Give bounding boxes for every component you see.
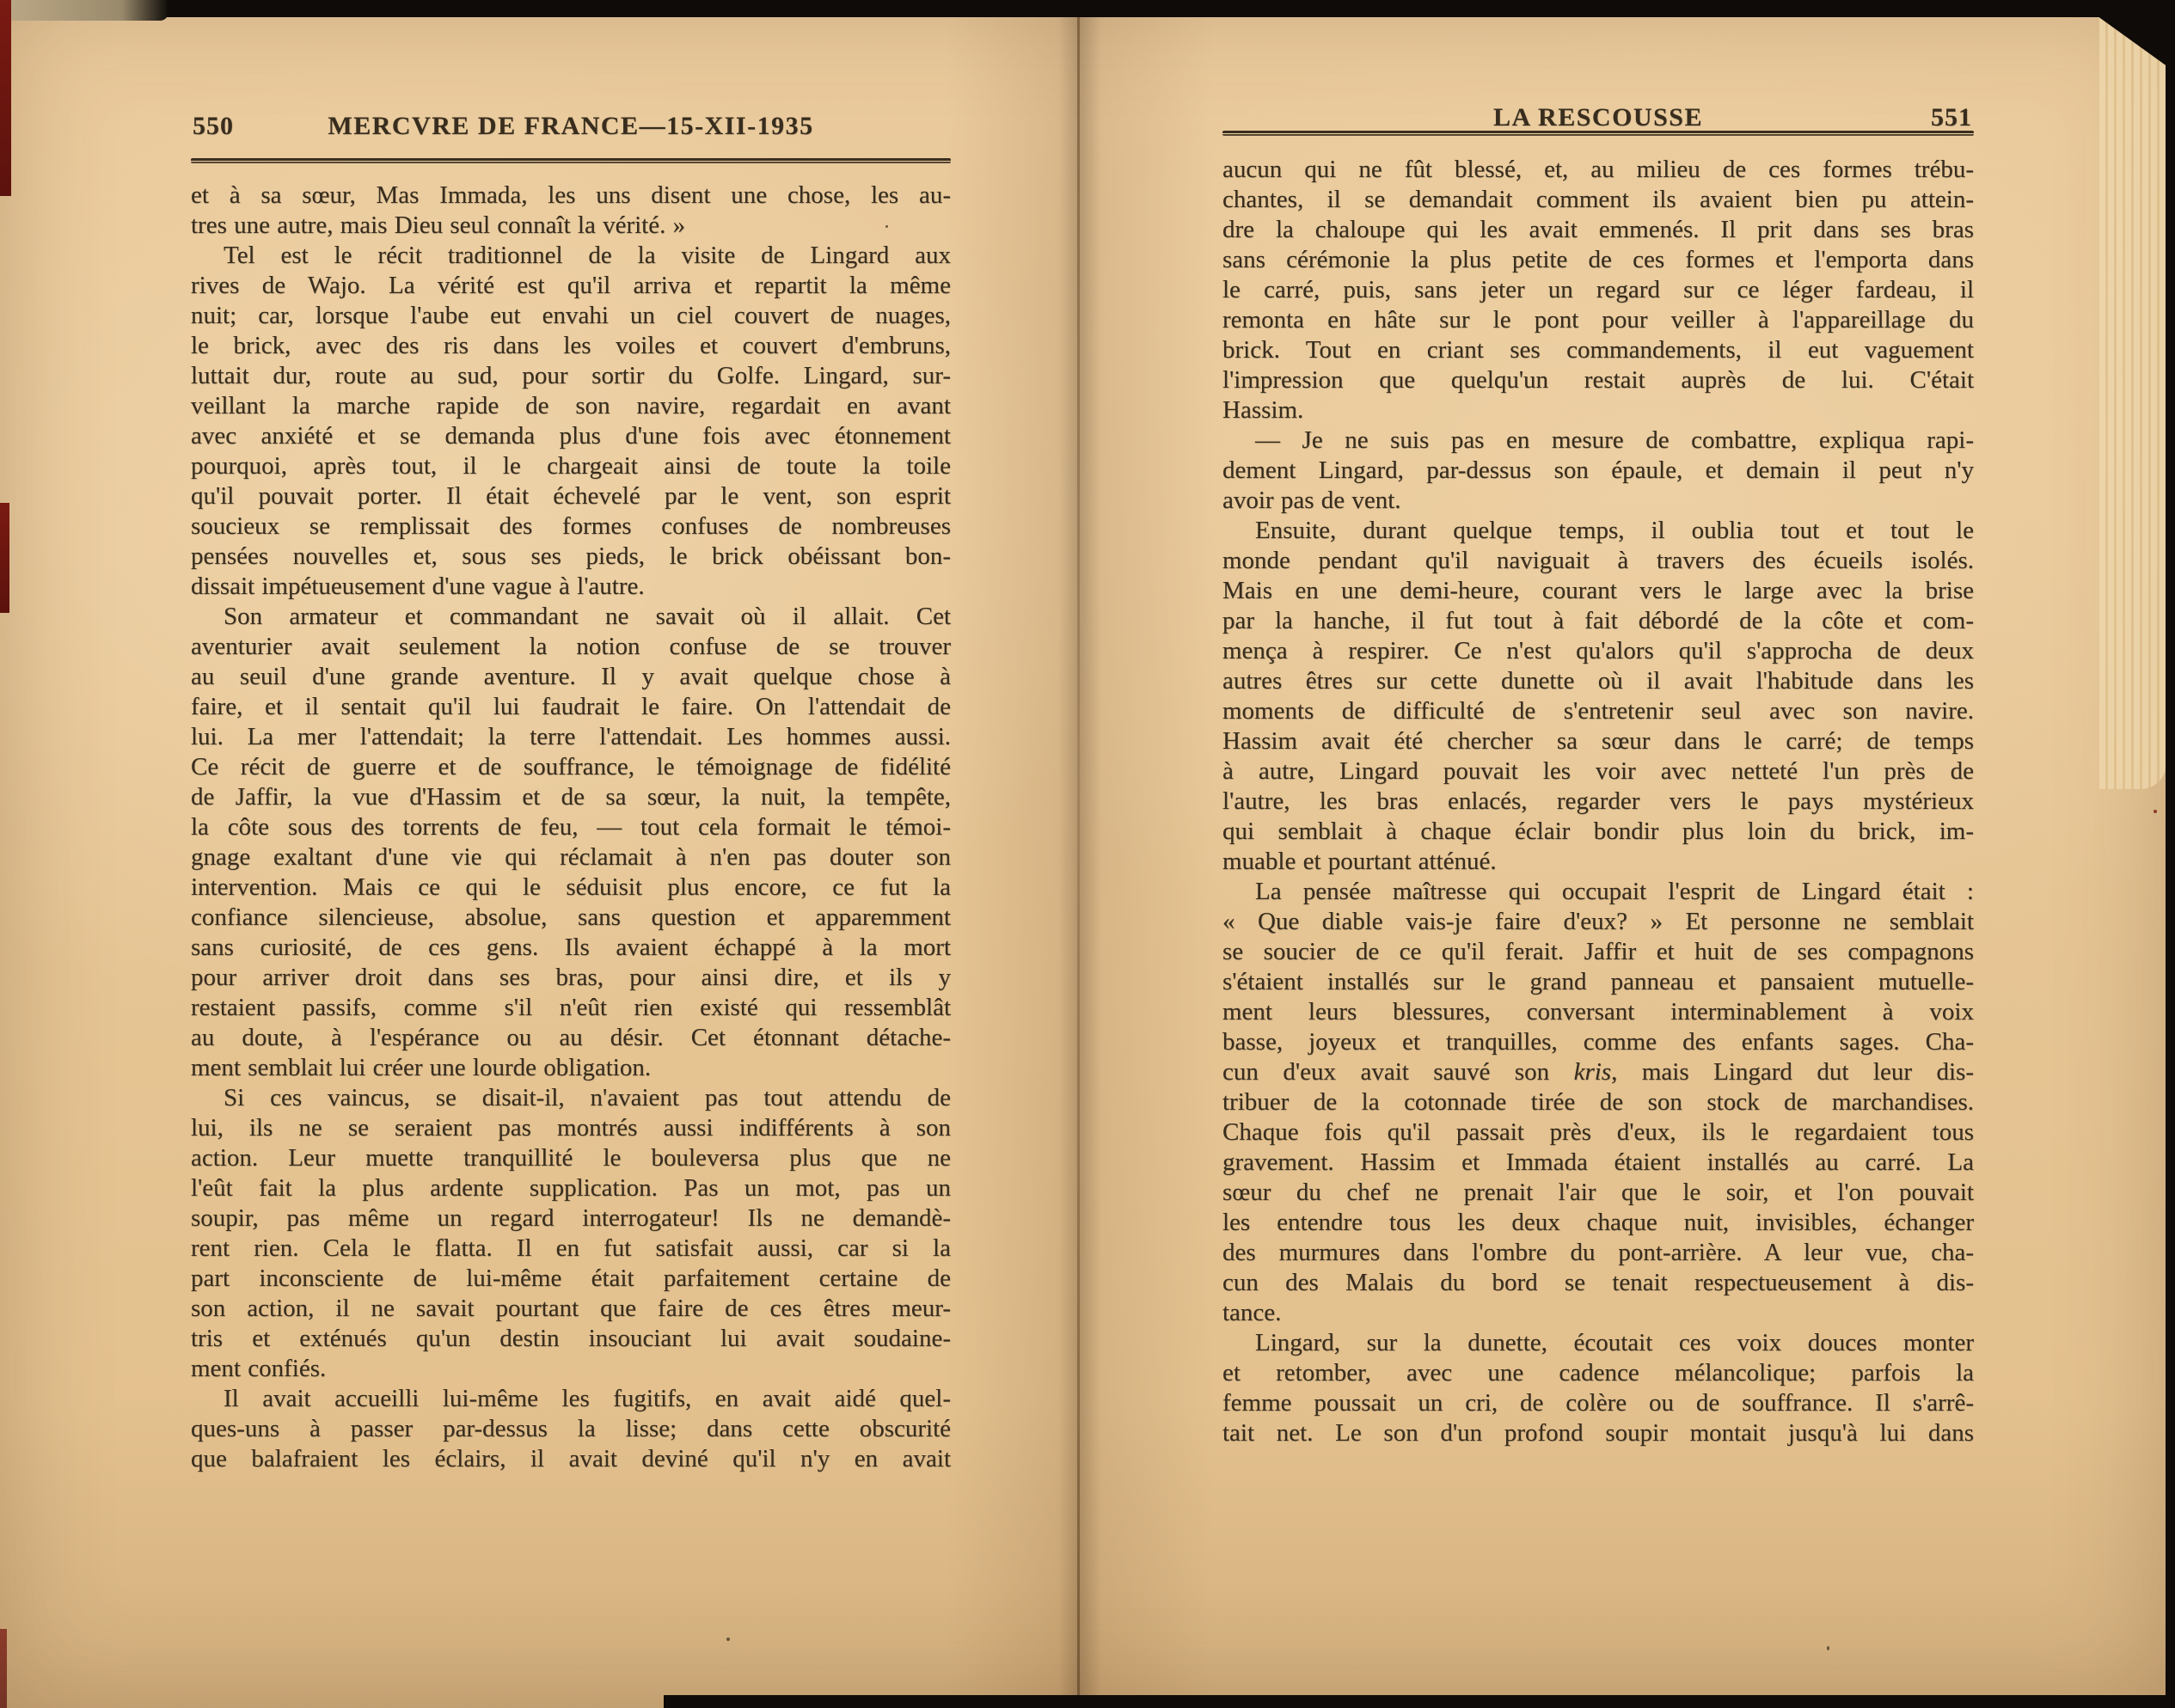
text-line: tris et exténués qu'un destin insouciant…: [191, 1324, 951, 1354]
text-line: autres êtres sur cette dunette où il ava…: [1222, 666, 1974, 696]
text-line: tait net. Le son d'un profond soupir mon…: [1222, 1418, 1974, 1448]
text-line: s'étaient installés sur le grand panneau…: [1222, 967, 1974, 997]
text-line: que balafraient les éclairs, il avait de…: [191, 1444, 951, 1474]
text-line: avoir pas de vent.: [1222, 486, 1974, 516]
text-line: se soucier de ce qu'il ferait. Jaffir et…: [1222, 937, 1974, 967]
text-line: dissait impétueusement d'une vague à l'a…: [191, 572, 951, 602]
left-page-number: 550: [193, 108, 234, 144]
scan-edge-bottom: [664, 1695, 2175, 1708]
text-line: faire, et il sentait qu'il lui faudrait …: [191, 692, 951, 722]
text-line: la côte sous des torrents de feu, — tout…: [191, 812, 951, 842]
text-line: sans cérémonie la plus petite de ces for…: [1222, 245, 1974, 275]
text-line: qu'il pouvait porter. Il était échevelé …: [191, 481, 951, 511]
text-line: Lingard, sur la dunette, écoutait ces vo…: [1222, 1328, 1974, 1358]
torn-paper-corner: [0, 0, 168, 21]
text-line: aucun qui ne fût blessé, et, au milieu d…: [1222, 155, 1974, 185]
text-line: mença à respirer. Ce n'est qu'alors qu'i…: [1222, 636, 1974, 666]
dust-speck: [726, 1638, 730, 1641]
text-line: chantes, il se demandait comment ils ava…: [1222, 185, 1974, 215]
scan-edge-top: [127, 0, 2175, 17]
text-line: Hassim.: [1222, 395, 1974, 425]
text-line: pour arriver droit dans ses bras, pour a…: [191, 963, 951, 993]
text-line: Il avait accueilli lui-même les fugitifs…: [191, 1384, 951, 1414]
text-line: son action, il ne savait pourtant que fa…: [191, 1294, 951, 1324]
dust-speck: [1827, 1646, 1829, 1650]
text-line: Chaque fois qu'il passait près d'eux, il…: [1222, 1117, 1974, 1148]
text-line: Mais en une demi-heure, courant vers le …: [1222, 576, 1974, 606]
text-line: au seuil d'une grande aventure. Il y ava…: [191, 662, 951, 692]
text-line: aventurier avait seulement la notion con…: [191, 632, 951, 662]
text-line: soucieux se remplissait des formes confu…: [191, 511, 951, 542]
text-line: muable et pourtant atténué.: [1222, 847, 1974, 877]
text-line: Tel est le récit traditionnel de la visi…: [191, 241, 951, 271]
text-line: sans curiosité, de ces gens. Ils avaient…: [191, 933, 951, 963]
text-line: le brick, avec des ris dans les voiles e…: [191, 331, 951, 361]
text-line: moments de difficulté de s'entretenir se…: [1222, 696, 1974, 726]
binding-mark-top: [0, 0, 11, 196]
text-line: La pensée maîtresse qui occupait l'espri…: [1222, 877, 1974, 907]
text-line: sœur du chef ne prenait l'air que le soi…: [1222, 1178, 1974, 1208]
text-line: ques-uns à passer par-dessus la lisse; d…: [191, 1414, 951, 1444]
text-line: pourquoi, après tout, il le chargeait ai…: [191, 451, 951, 481]
text-line: Si ces vaincus, se disait-il, n'avaient …: [191, 1083, 951, 1113]
text-line: le carré, puis, sans jeter un regard sur…: [1222, 275, 1974, 305]
binding-mark-bottom: [0, 1629, 7, 1708]
text-line: ment confiés.: [191, 1354, 951, 1384]
text-line: brick. Tout en criant ses commandements,…: [1222, 335, 1974, 365]
text-line: tres une autre, mais Dieu seul connaît l…: [191, 211, 951, 241]
text-line: et à sa sœur, Mas Immada, les uns disent…: [191, 181, 951, 211]
text-line: « Que diable vais-je faire d'eux? » Et p…: [1222, 907, 1974, 937]
left-header-rule: [191, 158, 951, 163]
text-line: confiance silencieuse, absolue, sans que…: [191, 903, 951, 933]
text-line: veillant la marche rapide de son navire,…: [191, 391, 951, 421]
text-line: gnage exaltant d'une vie qui réclamait à…: [191, 842, 951, 872]
left-running-title: MERCVRE DE FRANCE—15-XII-1935: [328, 112, 813, 140]
text-line: Son armateur et commandant ne savait où …: [191, 602, 951, 632]
text-line: femme poussait un cri, de colère ou de s…: [1222, 1388, 1974, 1418]
text-line: gravement. Hassim et Immada étaient inst…: [1222, 1148, 1974, 1178]
text-line: cun des Malais du bord se tenait respect…: [1222, 1268, 1974, 1298]
text-line: qui semblait à chaque éclair bondir plus…: [1222, 817, 1974, 847]
text-line: et retomber, avec une cadence mélancoliq…: [1222, 1358, 1974, 1388]
text-line: l'eût fait la plus ardente supplication.…: [191, 1173, 951, 1203]
text-line: dement Lingard, par-dessus son épaule, e…: [1222, 456, 1974, 486]
dust-speck: [2154, 810, 2157, 813]
text-line: action. Leur muette tranquillité le boul…: [191, 1143, 951, 1173]
text-line: Ce récit de guerre et de souffrance, le …: [191, 752, 951, 782]
scan-edge-right: [2166, 0, 2175, 1708]
text-line: pensées nouvelles et, sous ses pieds, le…: [191, 542, 951, 572]
text-line: — Je ne suis pas en mesure de combattre,…: [1222, 425, 1974, 456]
right-page-text: aucun qui ne fût blessé, et, au milieu d…: [1222, 155, 1974, 1448]
text-line: Ensuite, durant quelque temps, il oublia…: [1222, 516, 1974, 546]
text-line: rent rien. Cela le flatta. Il en fut sat…: [191, 1234, 951, 1264]
text-line: l'autre, les bras enlacés, regarder vers…: [1222, 787, 1974, 817]
text-line: remonta en hâte sur le pont pour veiller…: [1222, 305, 1974, 335]
text-line: lui, ils ne se seraient pas montrés auss…: [191, 1113, 951, 1143]
text-line: à autre, Lingard pouvait les voir avec n…: [1222, 756, 1974, 787]
gutter-fold-line: [1077, 0, 1080, 1708]
right-header-rule: [1222, 131, 1974, 136]
text-line: Hassim avait été chercher sa sœur dans l…: [1222, 726, 1974, 756]
text-line: par la hanche, il fut tout à fait débord…: [1222, 606, 1974, 636]
text-line: part inconsciente de lui-même était parf…: [191, 1264, 951, 1294]
text-line: cun d'eux avait sauvé son kris, mais Lin…: [1222, 1057, 1974, 1087]
binding-mark-middle: [0, 503, 9, 613]
text-line: de Jaffir, la vue d'Hassim et de sa sœur…: [191, 782, 951, 812]
text-line: au doute, à l'espérance ou au désir. Cet…: [191, 1023, 951, 1053]
text-line: dre la chaloupe qui les avait emmenés. I…: [1222, 215, 1974, 245]
text-line: monde pendant qu'il naviguait à travers …: [1222, 546, 1974, 576]
text-line: rives de Wajo. La vérité est qu'il arriv…: [191, 271, 951, 301]
text-line: tance.: [1222, 1298, 1974, 1328]
text-line: ment semblait lui créer une lourde oblig…: [191, 1053, 951, 1083]
text-line: soupir, pas même un regard interrogateur…: [191, 1203, 951, 1234]
text-line: ment leurs blessures, conversant intermi…: [1222, 997, 1974, 1027]
right-running-title: LA RESCOUSSE: [1493, 103, 1703, 132]
text-line: nuit; car, lorsque l'aube eut envahi un …: [191, 301, 951, 331]
text-line: basse, joyeux et tranquilles, comme des …: [1222, 1027, 1974, 1057]
text-line: lui. La mer l'attendait; la terre l'atte…: [191, 722, 951, 752]
text-line: l'impression que quelqu'un restait auprè…: [1222, 365, 1974, 395]
text-line: tribuer de la cotonnade tirée de son sto…: [1222, 1087, 1974, 1117]
dust-speck: [885, 225, 888, 228]
text-line: luttait dur, route au sud, pour sortir d…: [191, 361, 951, 391]
text-line: des murmures dans l'ombre du pont-arrièr…: [1222, 1238, 1974, 1268]
text-line: restaient passifs, comme s'il n'eût rien…: [191, 993, 951, 1023]
text-line: les entendre tous les deux chaque nuit, …: [1222, 1208, 1974, 1238]
left-page-text: et à sa sœur, Mas Immada, les uns disent…: [191, 181, 951, 1474]
left-page-header: 550 MERCVRE DE FRANCE—15-XII-1935: [191, 108, 951, 144]
text-line: avec anxiété et se demanda plus d'une fo…: [191, 421, 951, 451]
book-scan: 550 MERCVRE DE FRANCE—15-XII-1935 et à s…: [0, 0, 2175, 1708]
text-line: intervention. Mais ce qui le séduisit pl…: [191, 872, 951, 903]
